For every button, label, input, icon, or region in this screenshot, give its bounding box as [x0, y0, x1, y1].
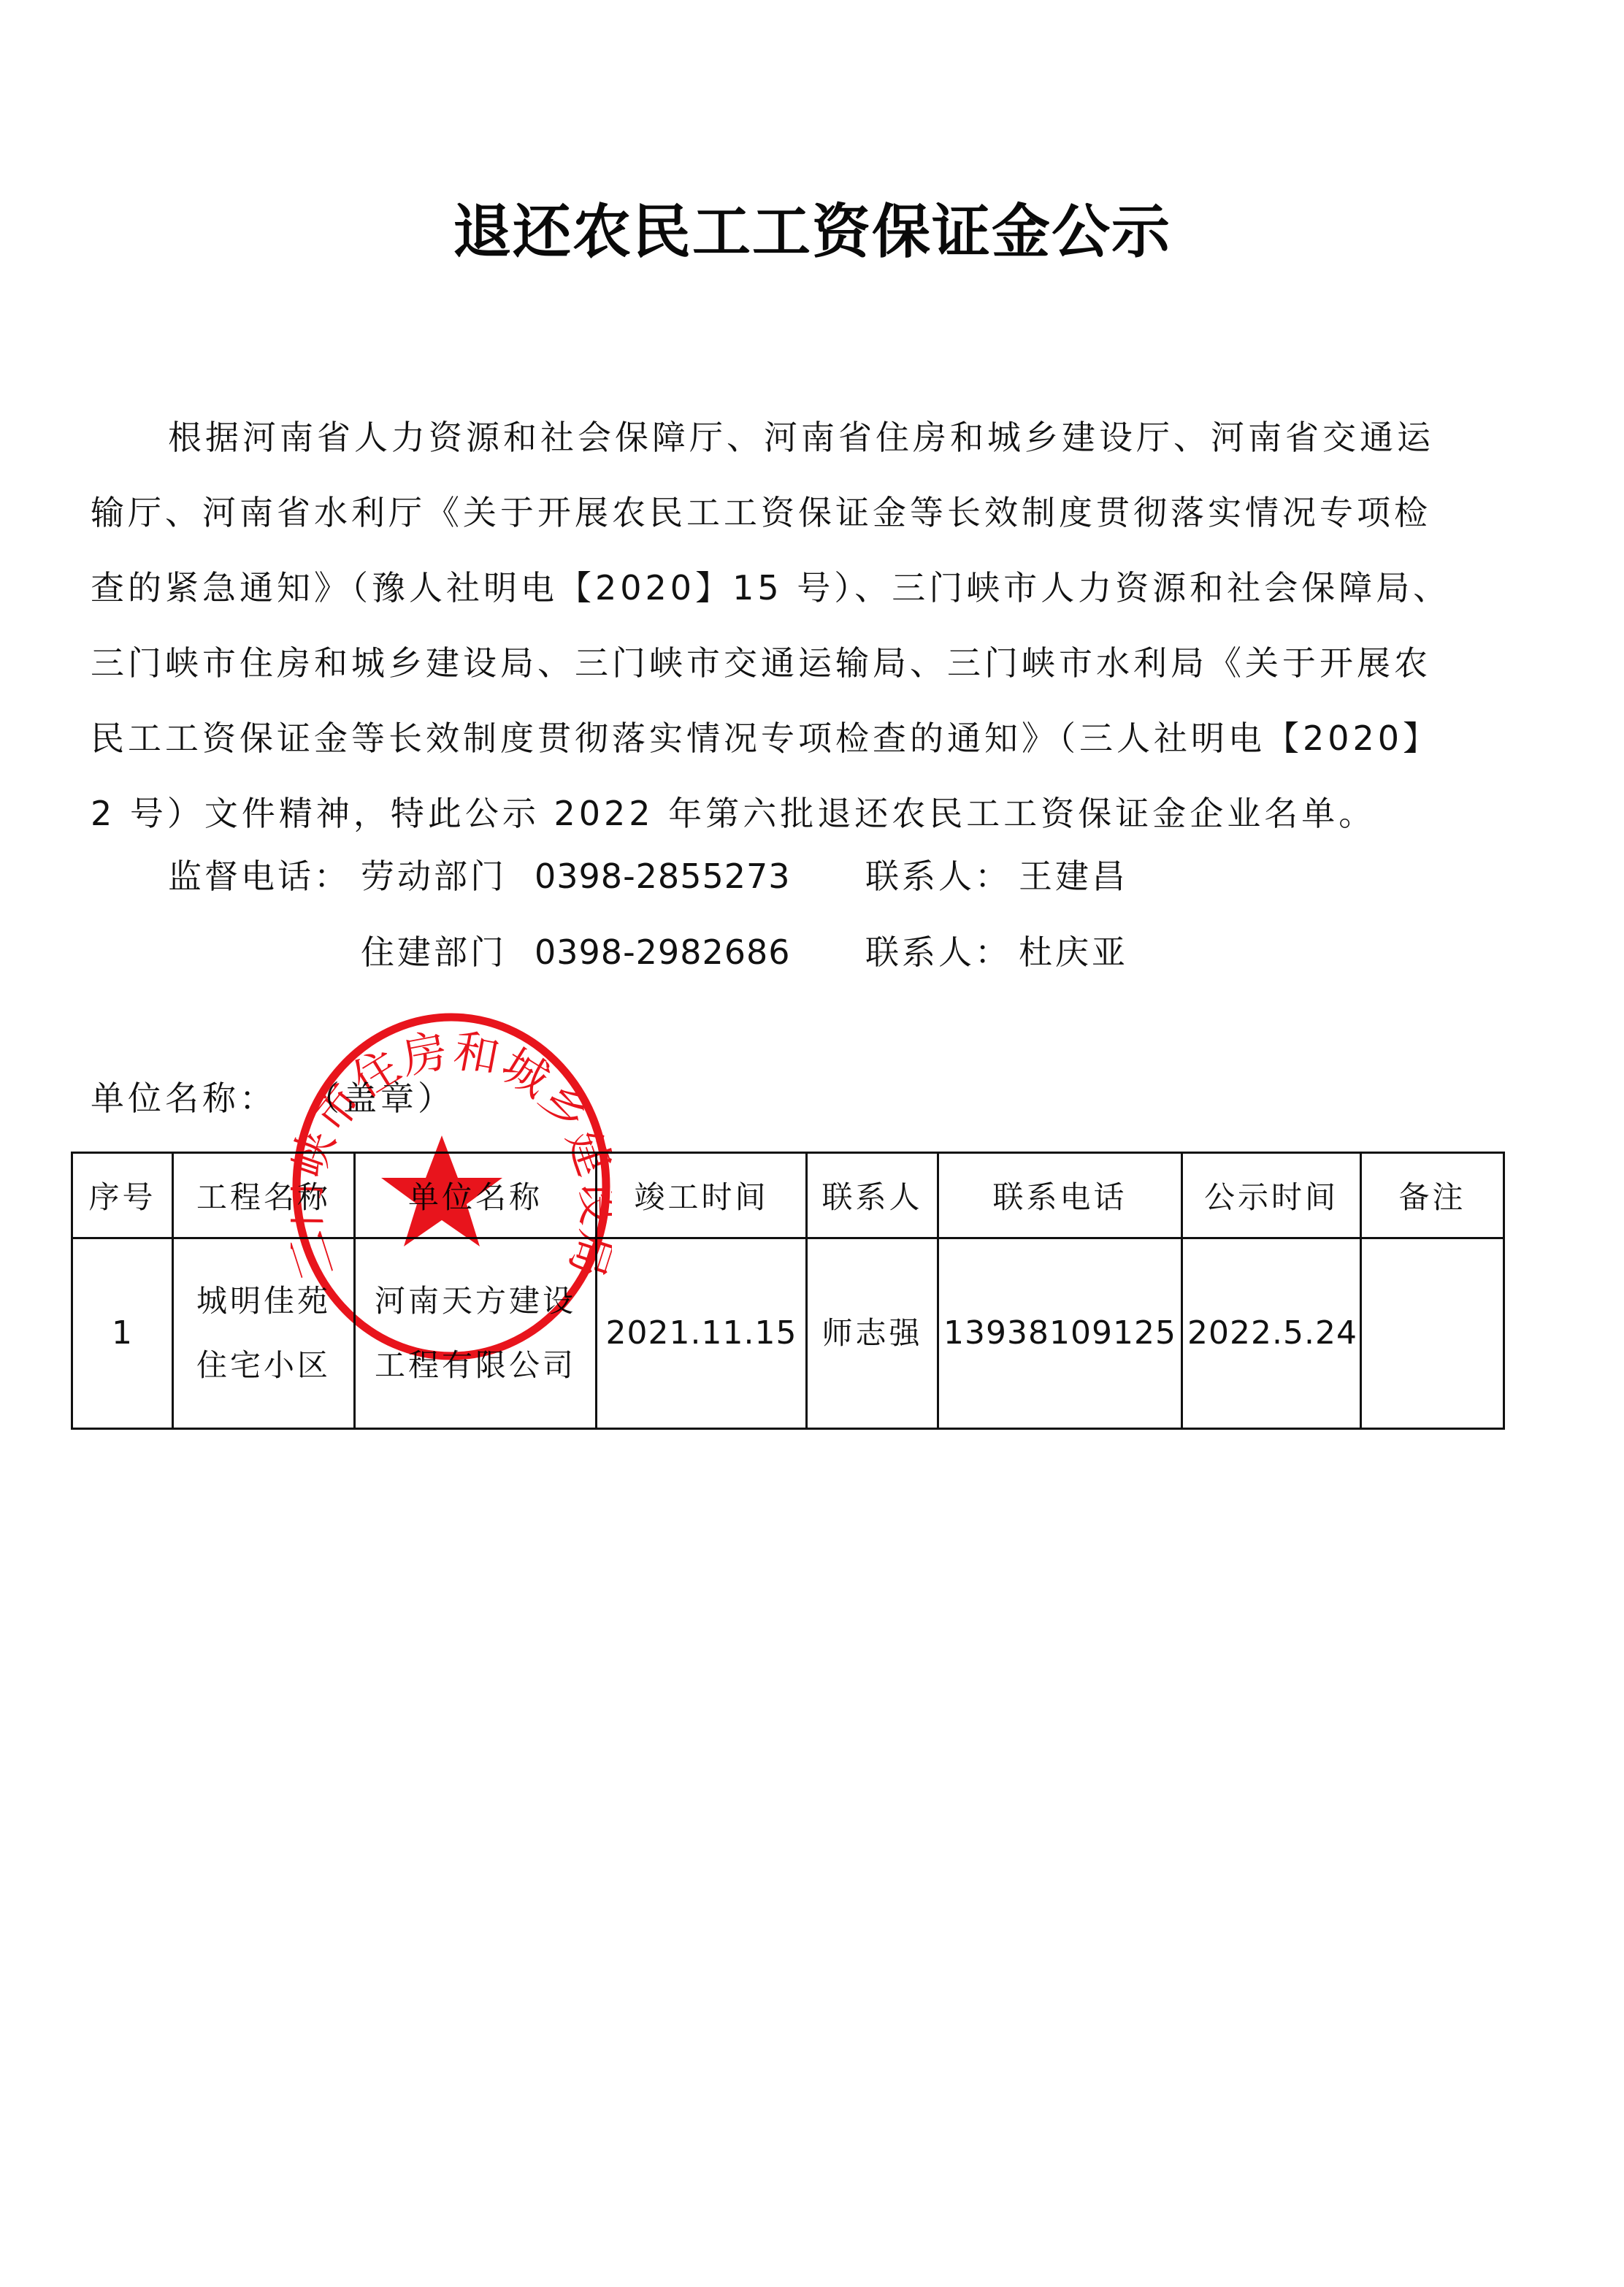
contact-name-housing: 杜庆亚	[1019, 930, 1128, 974]
supervision-phone-labor: 0398-2855273	[535, 854, 791, 898]
contact-label-labor: 联系人：	[865, 854, 1011, 898]
supervision-dept-labor: 劳动部门	[361, 854, 507, 898]
header-project-name: 工程名称	[173, 1153, 355, 1238]
contact-name-labor: 王建昌	[1019, 854, 1128, 898]
supervision-label: 监督电话：	[168, 854, 351, 898]
project-name-line2: 住宅小区	[178, 1333, 349, 1398]
body-line: 三门峡市住房和城乡建设局、三门峡市交通运输局、三门峡市水利局《关于开展农	[91, 626, 1478, 701]
body-line: 输厅、河南省水利厅《关于开展农民工工资保证金等长效制度贯彻落实情况专项检	[91, 475, 1478, 551]
unit-name-label: 单位名称：（盖章）	[91, 1076, 455, 1120]
seal-note: （盖章）	[306, 1079, 455, 1118]
notice-body: 根据河南省人力资源和社会保障厅、河南省住房和城乡建设厅、河南省交通运 输厅、河南…	[91, 400, 1478, 851]
table-row: 1 城明佳苑 住宅小区 河南天方建设 工程有限公司 2021.11.15 师志强…	[72, 1238, 1504, 1429]
cell-completion-date: 2021.11.15	[597, 1238, 807, 1429]
refund-roster-table: 序号 工程名称 单位名称 竣工时间 联系人 联系电话 公示时间 备注 1 城明佳…	[71, 1152, 1505, 1430]
cell-publicity-date: 2022.5.24	[1182, 1238, 1361, 1429]
unit-name-text: 单位名称：	[91, 1079, 277, 1118]
header-index: 序号	[72, 1153, 173, 1238]
header-contact: 联系人	[807, 1153, 938, 1238]
header-publicity-date: 公示时间	[1182, 1153, 1361, 1238]
company-name-line1: 河南天方建设	[360, 1269, 591, 1333]
project-name-line1: 城明佳苑	[178, 1269, 349, 1333]
body-line: 查的紧急通知》（豫人社明电【2020】15 号）、三门峡市人力资源和社会保障局、	[91, 551, 1478, 626]
table-header-row: 序号 工程名称 单位名称 竣工时间 联系人 联系电话 公示时间 备注	[72, 1153, 1504, 1238]
header-remark: 备注	[1361, 1153, 1504, 1238]
supervision-phone-housing: 0398-2982686	[535, 930, 791, 974]
cell-index: 1	[72, 1238, 173, 1429]
header-company-name: 单位名称	[355, 1153, 597, 1238]
supervision-dept-housing: 住建部门	[361, 930, 507, 974]
notice-page: 退还农民工工资保证金公示 根据河南省人力资源和社会保障厅、河南省住房和城乡建设厅…	[0, 0, 1624, 2287]
company-name-line2: 工程有限公司	[360, 1333, 591, 1398]
header-completion-date: 竣工时间	[597, 1153, 807, 1238]
body-line: 根据河南省人力资源和社会保障厅、河南省住房和城乡建设厅、河南省交通运	[91, 400, 1478, 475]
contact-label-housing: 联系人：	[865, 930, 1011, 974]
cell-phone: 13938109125	[938, 1238, 1182, 1429]
cell-project-name: 城明佳苑 住宅小区	[173, 1238, 355, 1429]
body-line: 2 号）文件精神，特此公示 2022 年第六批退还农民工工资保证金企业名单。	[91, 776, 1478, 851]
cell-remark	[1361, 1238, 1504, 1429]
page-title: 退还农民工工资保证金公示	[0, 196, 1624, 269]
body-line: 民工工资保证金等长效制度贯彻落实情况专项检查的通知》（三人社明电【2020】	[91, 701, 1478, 776]
cell-company-name: 河南天方建设 工程有限公司	[355, 1238, 597, 1429]
header-phone: 联系电话	[938, 1153, 1182, 1238]
cell-contact: 师志强	[807, 1238, 938, 1429]
